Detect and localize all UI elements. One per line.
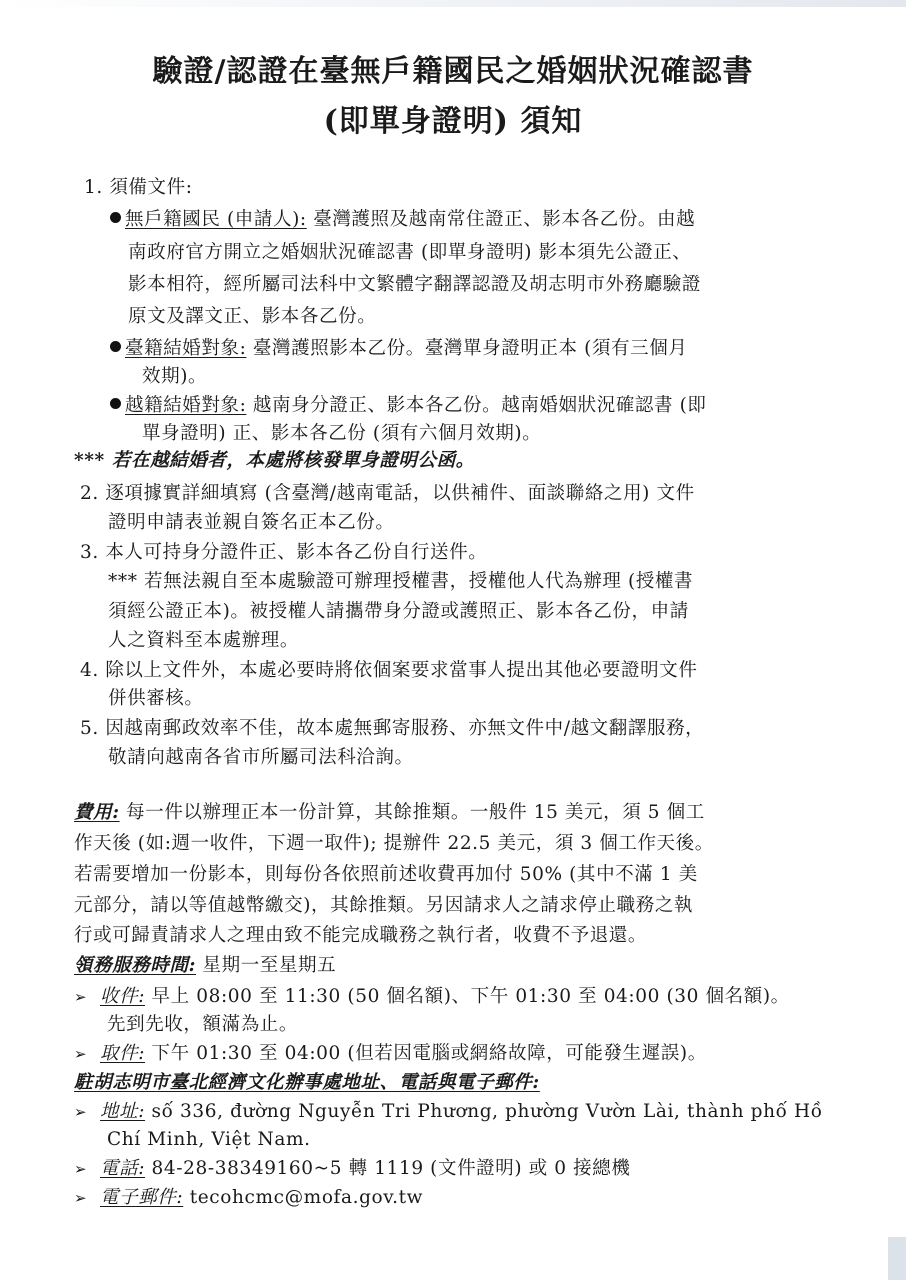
bullet-text: 效期)。 (142, 364, 207, 390)
pickup-label: 取件: (100, 1043, 145, 1064)
fees-text: 每一件以辦理正本一份計算，其餘推類。一般件 15 美元，須 5 個工 (120, 802, 705, 823)
item-3-cont: 須經公證正本)。被授權人請攜帶身分證或護照正、影本各乙份，申請 (108, 599, 689, 625)
bullet-label: 臺籍結婚對象: (125, 338, 246, 359)
arrow-icon: ➢ (74, 1156, 100, 1182)
arrow-icon: ➢ (74, 1099, 100, 1125)
address-value: số 336, đường Nguyễn Tri Phương, phường … (145, 1101, 823, 1122)
bullet-text: 單身證明) 正、影本各乙份 (須有六個月效期)。 (142, 421, 541, 447)
email: ➢電子郵件: tecohcmc@mofa.gov.tw (74, 1185, 423, 1211)
bullet-text: 影本相符，經所屬司法科中文繁體字翻譯認證及胡志明市外務廳驗證 (128, 272, 701, 298)
phone: ➢電話: 84-28-38349160~5 轉 1119 (文件證明) 或 0 … (74, 1156, 630, 1182)
bullet-text: 原文及譯文正、影本各乙份。 (128, 304, 376, 330)
fees-text: 行或可歸責請求人之理由致不能完成職務之執行者，收費不予退還。 (74, 923, 647, 949)
item-4-cont: 併供審核。 (108, 686, 204, 712)
bullet-text: 越南身分證正、影本各乙份。越南婚姻狀況確認書 (即 (246, 395, 706, 416)
item-3-cont: 人之資料至本處辦理。 (108, 628, 299, 654)
email-value[interactable]: tecohcmc@mofa.gov.tw (183, 1187, 423, 1208)
fees-text: 若需要增加一份影本，則每份各依照前述收費再加付 50% (其中不滿 1 美 (74, 862, 698, 888)
bullet-icon (110, 398, 121, 409)
section-1-heading: 1. 須備文件: (84, 175, 193, 201)
phone-label: 電話: (100, 1158, 145, 1179)
item-3: 3. 本人可持身分證件正、影本各乙份自行送件。 (80, 540, 487, 566)
email-label: 電子郵件: (100, 1187, 183, 1208)
service-hours-value: 星期一至星期五 (196, 955, 336, 976)
item-2: 2. 逐項據實詳細填寫 (含臺灣/越南電話，以供補件、面談聯絡之用) 文件 (80, 481, 695, 507)
pickup-hours: ➢取件: 下午 01:30 至 04:00 (但若因電腦或網絡故障，可能發生遲誤… (74, 1041, 707, 1067)
fees-label: 費用: (74, 802, 120, 823)
item-2-cont: 證明申請表並親自簽名正本乙份。 (108, 510, 395, 536)
contact-heading: 駐胡志明市臺北經濟文化辦事處地址、電話與電子郵件: (74, 1070, 540, 1096)
address-label: 地址: (100, 1101, 145, 1122)
scan-edge-top (0, 0, 906, 7)
service-hours: 領務服務時間: 星期一至星期五 (74, 953, 336, 979)
bullet-vietnam-spouse: 越籍結婚對象: 越南身分證正、影本各乙份。越南婚姻狀況確認書 (即 (110, 393, 707, 419)
service-hours-label: 領務服務時間: (74, 955, 196, 976)
item-5-cont: 敬請向越南各省市所屬司法科洽詢。 (108, 745, 414, 771)
bullet-taiwan-spouse: 臺籍結婚對象: 臺灣護照影本乙份。臺灣單身證明正本 (須有三個月 (110, 336, 687, 362)
item-5: 5. 因越南郵政效率不佳，故本處無郵寄服務、亦無文件中/越文翻譯服務， (80, 716, 704, 742)
receive-label: 收件: (100, 986, 145, 1007)
address-cont: Chí Minh, Việt Nam. (107, 1127, 311, 1153)
title-line-2: (即單身證明) 須知 (0, 96, 906, 140)
pickup-value: 下午 01:30 至 04:00 (但若因電腦或網絡故障，可能發生遲誤)。 (145, 1043, 707, 1064)
bullet-label: 無戶籍國民 (申請人): (125, 209, 307, 230)
address: ➢地址: số 336, đường Nguyễn Tri Phương, ph… (74, 1099, 823, 1125)
fees-line: 費用: 每一件以辦理正本一份計算，其餘推類。一般件 15 美元，須 5 個工 (74, 800, 705, 826)
bullet-label: 越籍結婚對象: (125, 395, 246, 416)
bullet-applicant: 無戶籍國民 (申請人): 臺灣護照及越南常住證正、影本各乙份。由越 (110, 207, 695, 233)
receive-hours: ➢收件: 早上 08:00 至 11:30 (50 個名額)、下午 01:30 … (74, 984, 790, 1010)
fees-text: 元部分，請以等值越幣繳交)，其餘推類。另因請求人之請求停止職務之執 (74, 893, 693, 919)
arrow-icon: ➢ (74, 984, 100, 1010)
item-4: 4. 除以上文件外，本處必要時將依個案要求當事人提出其他必要證明文件 (80, 658, 697, 684)
item-3-note: *** 若無法親自至本處驗證可辦理授權書，授權他人代為辦理 (授權書 (108, 569, 693, 595)
title-line-1: 驗證/認證在臺無戶籍國民之婚姻狀況確認書 (0, 46, 906, 90)
fees-text: 作天後 (如:週一收件，下週一取件); 提辦件 22.5 美元，須 3 個工作天… (74, 831, 714, 857)
bullet-icon (110, 341, 121, 352)
phone-value: 84-28-38349160~5 轉 1119 (文件證明) 或 0 接總機 (145, 1158, 630, 1179)
bullet-text: 臺灣護照及越南常住證正、影本各乙份。由越 (307, 209, 695, 230)
scan-edge-right (888, 1237, 906, 1280)
receive-note: 先到先收，額滿為止。 (107, 1012, 298, 1038)
receive-value: 早上 08:00 至 11:30 (50 個名額)、下午 01:30 至 04:… (145, 986, 790, 1007)
bullet-icon (110, 212, 121, 223)
bullet-text: 臺灣護照影本乙份。臺灣單身證明正本 (須有三個月 (246, 338, 687, 359)
arrow-icon: ➢ (74, 1185, 100, 1211)
bullet-text: 南政府官方開立之婚姻狀況確認書 (即單身證明) 影本須先公證正、 (128, 240, 691, 266)
arrow-icon: ➢ (74, 1041, 100, 1067)
note-marriage-in-vietnam: *** 若在越結婚者，本處將核發單身證明公函。 (74, 448, 475, 474)
